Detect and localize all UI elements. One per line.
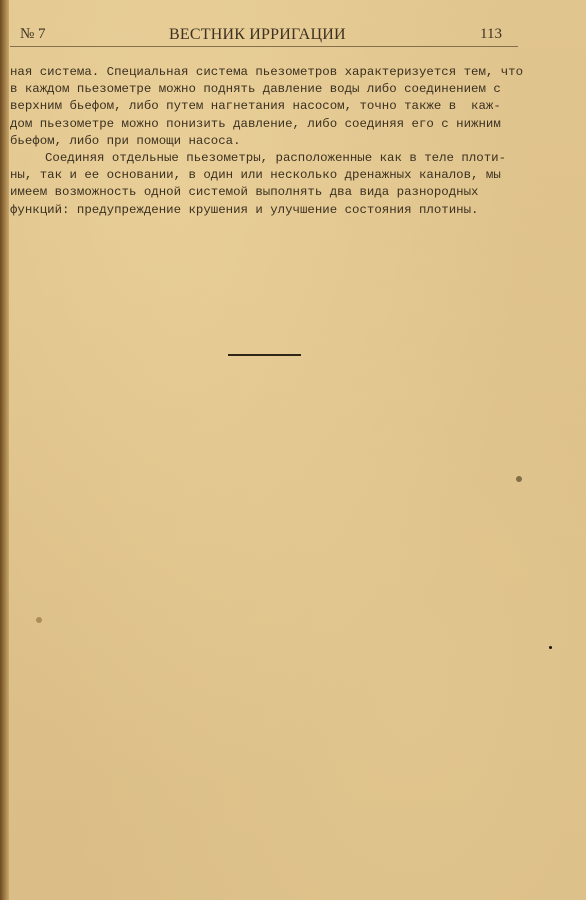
- paper-speck: [549, 646, 552, 649]
- page-binding-edge: [0, 0, 9, 900]
- text-line: функций: предупреждение крушения и улучш…: [10, 202, 530, 219]
- paper-speck: [516, 476, 522, 482]
- issue-number: № 7: [20, 26, 46, 43]
- text-line: верхним бьефом, либо путем нагнетания на…: [10, 98, 530, 115]
- text-line: ная система. Специальная система пьезоме…: [10, 64, 530, 81]
- running-header: № 7 ВЕСТНИК ИРРИГАЦИИ 113: [14, 26, 514, 46]
- header-rule: [10, 46, 518, 47]
- text-line: Соединяя отдельные пьезометры, расположе…: [10, 150, 530, 167]
- text-line: дом пьезометре можно понизить давление, …: [10, 116, 530, 133]
- text-line: имеем возможность одной системой выполня…: [10, 184, 530, 201]
- text-line: ны, так и ее основании, в один или неско…: [10, 167, 530, 184]
- paragraph-1: ная система. Специальная система пьезоме…: [10, 64, 530, 150]
- paper-speck: [36, 617, 42, 623]
- body-text: ная система. Специальная система пьезоме…: [10, 64, 530, 219]
- scanned-page: № 7 ВЕСТНИК ИРРИГАЦИИ 113 ная система. С…: [0, 0, 586, 900]
- journal-title: ВЕСТНИК ИРРИГАЦИИ: [169, 26, 346, 44]
- text-line: бьефом, либо при помощи насоса.: [10, 133, 530, 150]
- page-number: 113: [480, 26, 502, 43]
- text-line: в каждом пьезометре можно поднять давлен…: [10, 81, 530, 98]
- section-end-rule: [228, 354, 301, 356]
- paragraph-2: Соединяя отдельные пьезометры, расположе…: [10, 150, 530, 219]
